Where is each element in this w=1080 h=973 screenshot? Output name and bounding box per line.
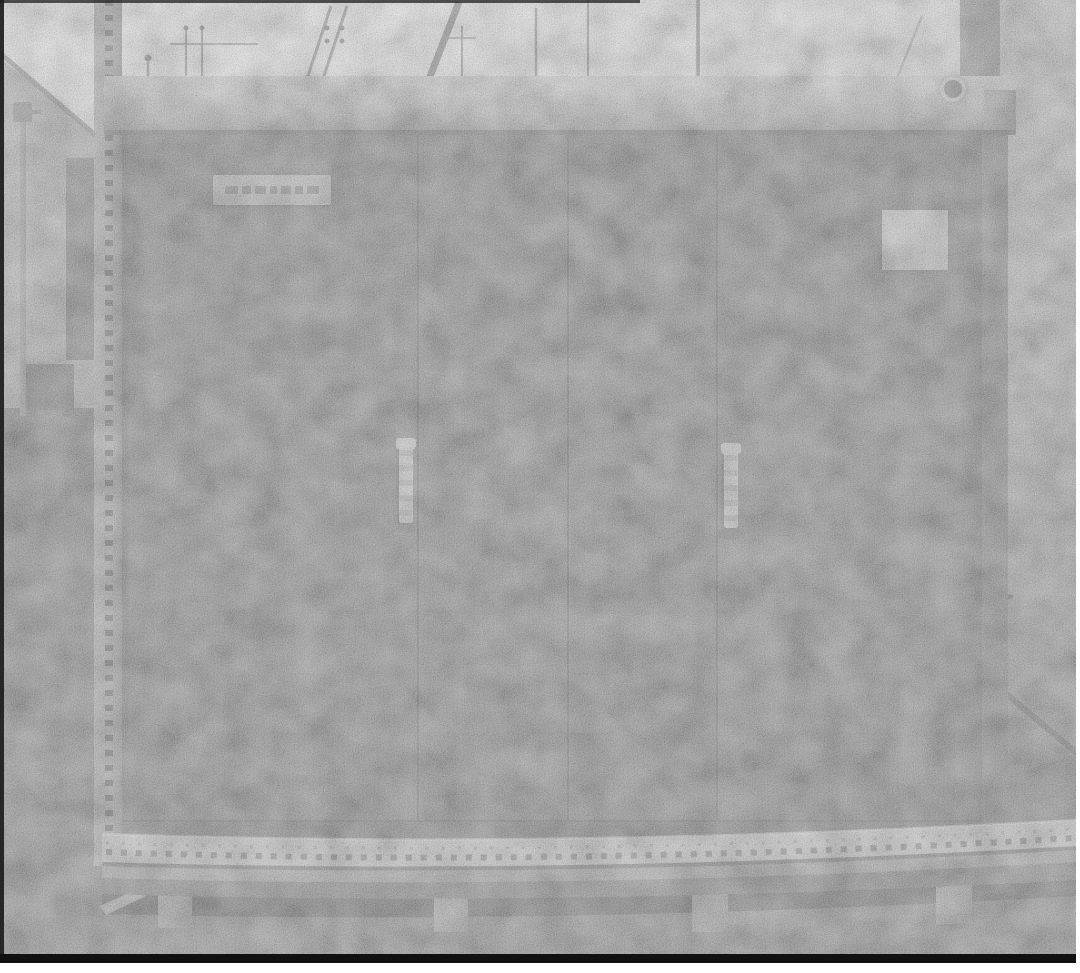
door-handle-right <box>724 446 738 528</box>
door-seam <box>417 134 419 828</box>
photo-edge-bottom <box>0 954 1076 963</box>
photo-edge-top <box>0 0 640 3</box>
handle-shadow <box>717 528 744 540</box>
nameplate-mark <box>255 186 266 194</box>
storage-box-leg <box>30 408 37 417</box>
wall-lamp-arm <box>28 110 41 114</box>
rail-end-bracket <box>984 90 1016 130</box>
manufacturer-nameplate <box>213 175 331 205</box>
nameplate-mark <box>281 186 291 194</box>
storage-box <box>26 364 74 410</box>
nameplate-mark <box>242 186 251 194</box>
shipping-label <box>882 210 948 270</box>
crate-top-rail <box>104 76 1016 135</box>
photo <box>0 0 1076 963</box>
cabinet-door-3 <box>569 132 716 822</box>
door-seam <box>567 134 569 828</box>
cabinet-door-2 <box>419 132 567 822</box>
cabinet-door-1 <box>129 132 417 822</box>
cabinet-plinth <box>120 820 992 868</box>
photo-edge-left <box>0 0 4 963</box>
nameplate-mark <box>270 186 277 194</box>
lifting-ring <box>940 76 966 102</box>
scanned-page <box>0 0 1080 973</box>
nameplate-mark <box>307 186 319 194</box>
nameplate-mark <box>225 186 238 194</box>
nameplate-mark <box>295 186 303 194</box>
door-handle-left <box>399 441 413 523</box>
handle-shadow <box>396 524 416 533</box>
door-seam <box>716 134 718 828</box>
switchgear-cabinet <box>120 122 992 866</box>
crate-post-right-lower <box>982 128 1008 862</box>
storage-box-leg <box>62 408 69 417</box>
